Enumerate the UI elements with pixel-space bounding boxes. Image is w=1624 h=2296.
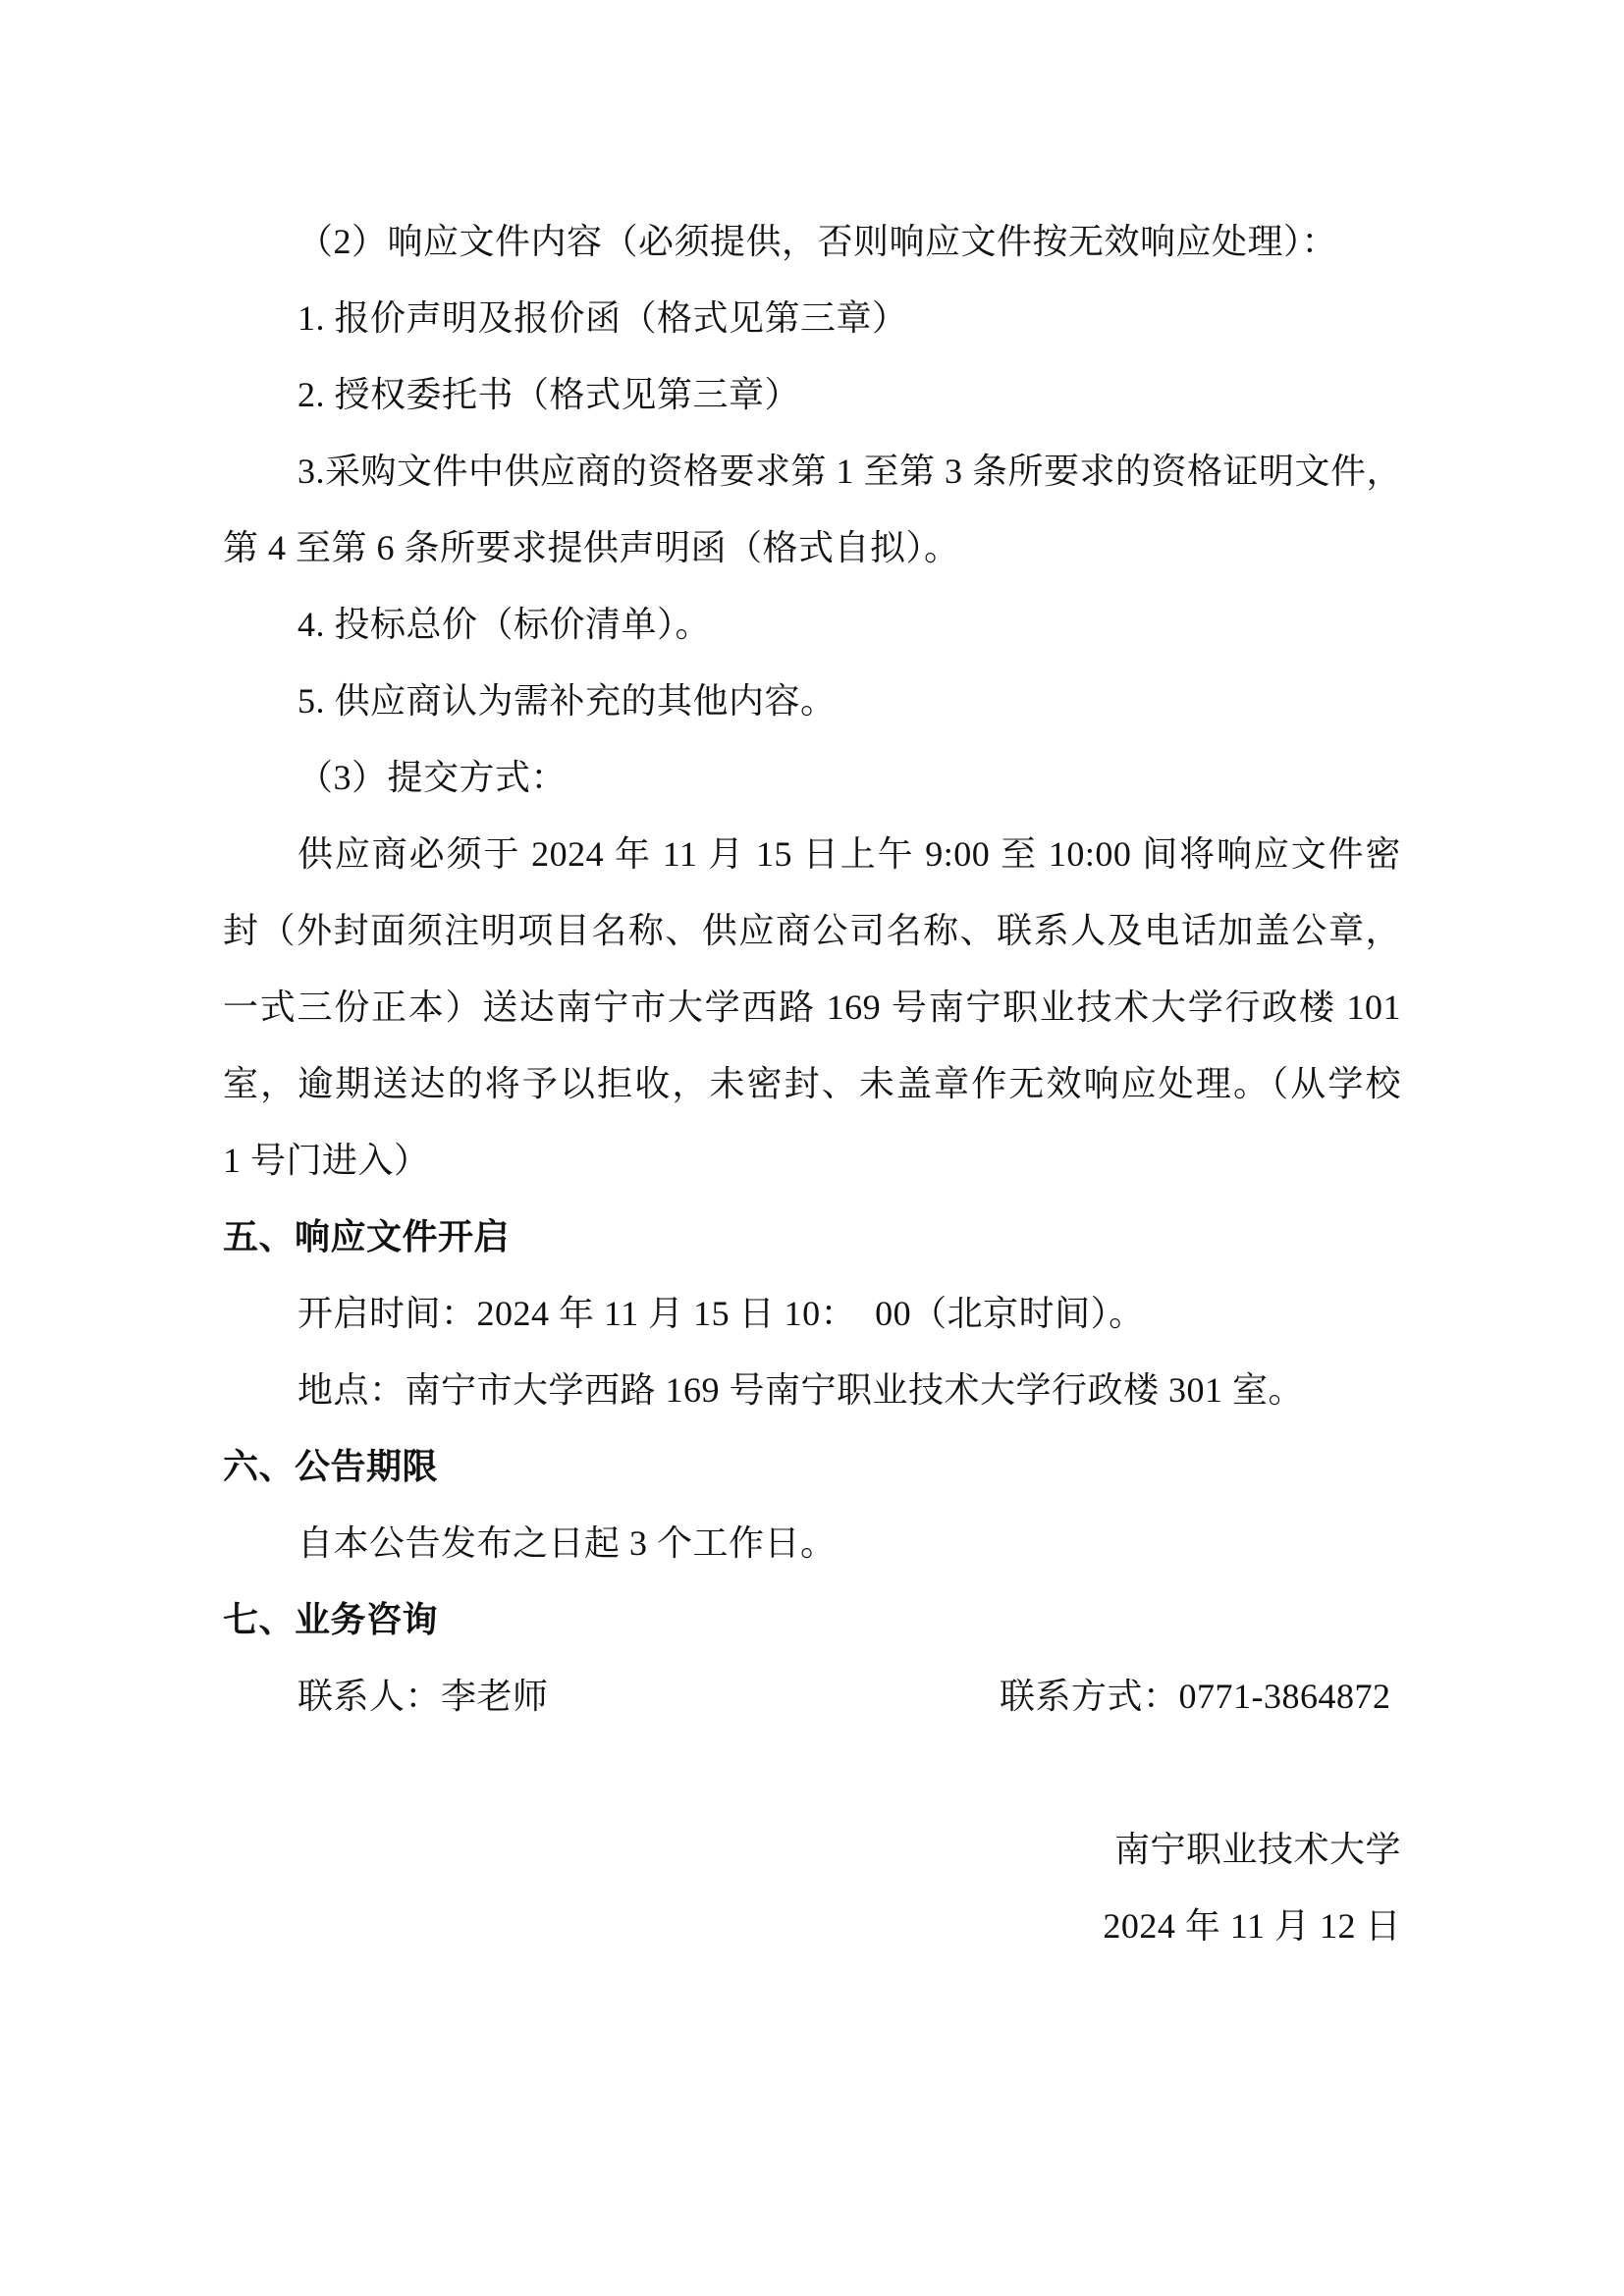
submission-paragraph-line5: 1 号门进入）: [223, 1122, 1401, 1199]
list-item-1-quote-letter: 1. 报价声明及报价函（格式见第三章）: [223, 280, 1401, 356]
section-5-title: 五、响应文件开启: [223, 1199, 1401, 1275]
contact-phone: 联系方式：0771-3864872: [925, 1658, 1391, 1735]
section-6-title: 六、公告期限: [223, 1428, 1401, 1505]
document-page: （2）响应文件内容（必须提供，否则响应文件按无效响应处理）： 1. 报价声明及报…: [0, 0, 1624, 2296]
section-7-title: 七、业务咨询: [223, 1581, 1401, 1658]
contact-row: 联系人：李老师 联系方式：0771-3864872: [223, 1658, 1401, 1735]
section-5-open-time: 开启时间：2024 年 11 月 15 日 10： 00（北京时间）。: [223, 1275, 1401, 1352]
blank-line: [223, 1735, 1401, 1811]
submission-paragraph-line4: 室，逾期送达的将予以拒收，未密封、未盖章作无效响应处理。（从学校: [223, 1045, 1401, 1122]
submission-paragraph-line2: 封（外封面须注明项目名称、供应商公司名称、联系人及电话加盖公章，: [223, 892, 1401, 969]
submission-paragraph-line1: 供应商必须于 2024 年 11 月 15 日上午 9:00 至 10:00 间…: [223, 816, 1401, 892]
section-6-body: 自本公告发布之日起 3 个工作日。: [223, 1505, 1401, 1581]
list-item-3-qualification-line2: 第 4 至第 6 条所要求提供声明函（格式自拟）。: [223, 509, 1401, 586]
list-item-2-authorization: 2. 授权委托书（格式见第三章）: [223, 356, 1401, 433]
signature-date: 2024 年 11 月 12 日: [223, 1888, 1401, 1964]
submission-paragraph-line3: 一式三份正本）送达南宁市大学西路 169 号南宁职业技术大学行政楼 101: [223, 969, 1401, 1045]
contact-person: 联系人：李老师: [298, 1677, 549, 1716]
document-body: （2）响应文件内容（必须提供，否则响应文件按无效响应处理）： 1. 报价声明及报…: [223, 203, 1401, 1964]
paragraph-submission-method-heading: （3）提交方式：: [223, 739, 1401, 816]
list-item-3-qualification-line1: 3.采购文件中供应商的资格要求第 1 至第 3 条所要求的资格证明文件，: [223, 433, 1401, 509]
signature-organization: 南宁职业技术大学: [223, 1811, 1401, 1888]
section-5-open-place: 地点：南宁市大学西路 169 号南宁职业技术大学行政楼 301 室。: [223, 1352, 1401, 1428]
list-item-4-total-price: 4. 投标总价（标价清单）。: [223, 586, 1401, 663]
list-item-5-other-content: 5. 供应商认为需补充的其他内容。: [223, 663, 1401, 739]
paragraph-response-content-heading: （2）响应文件内容（必须提供，否则响应文件按无效响应处理）：: [223, 203, 1401, 280]
